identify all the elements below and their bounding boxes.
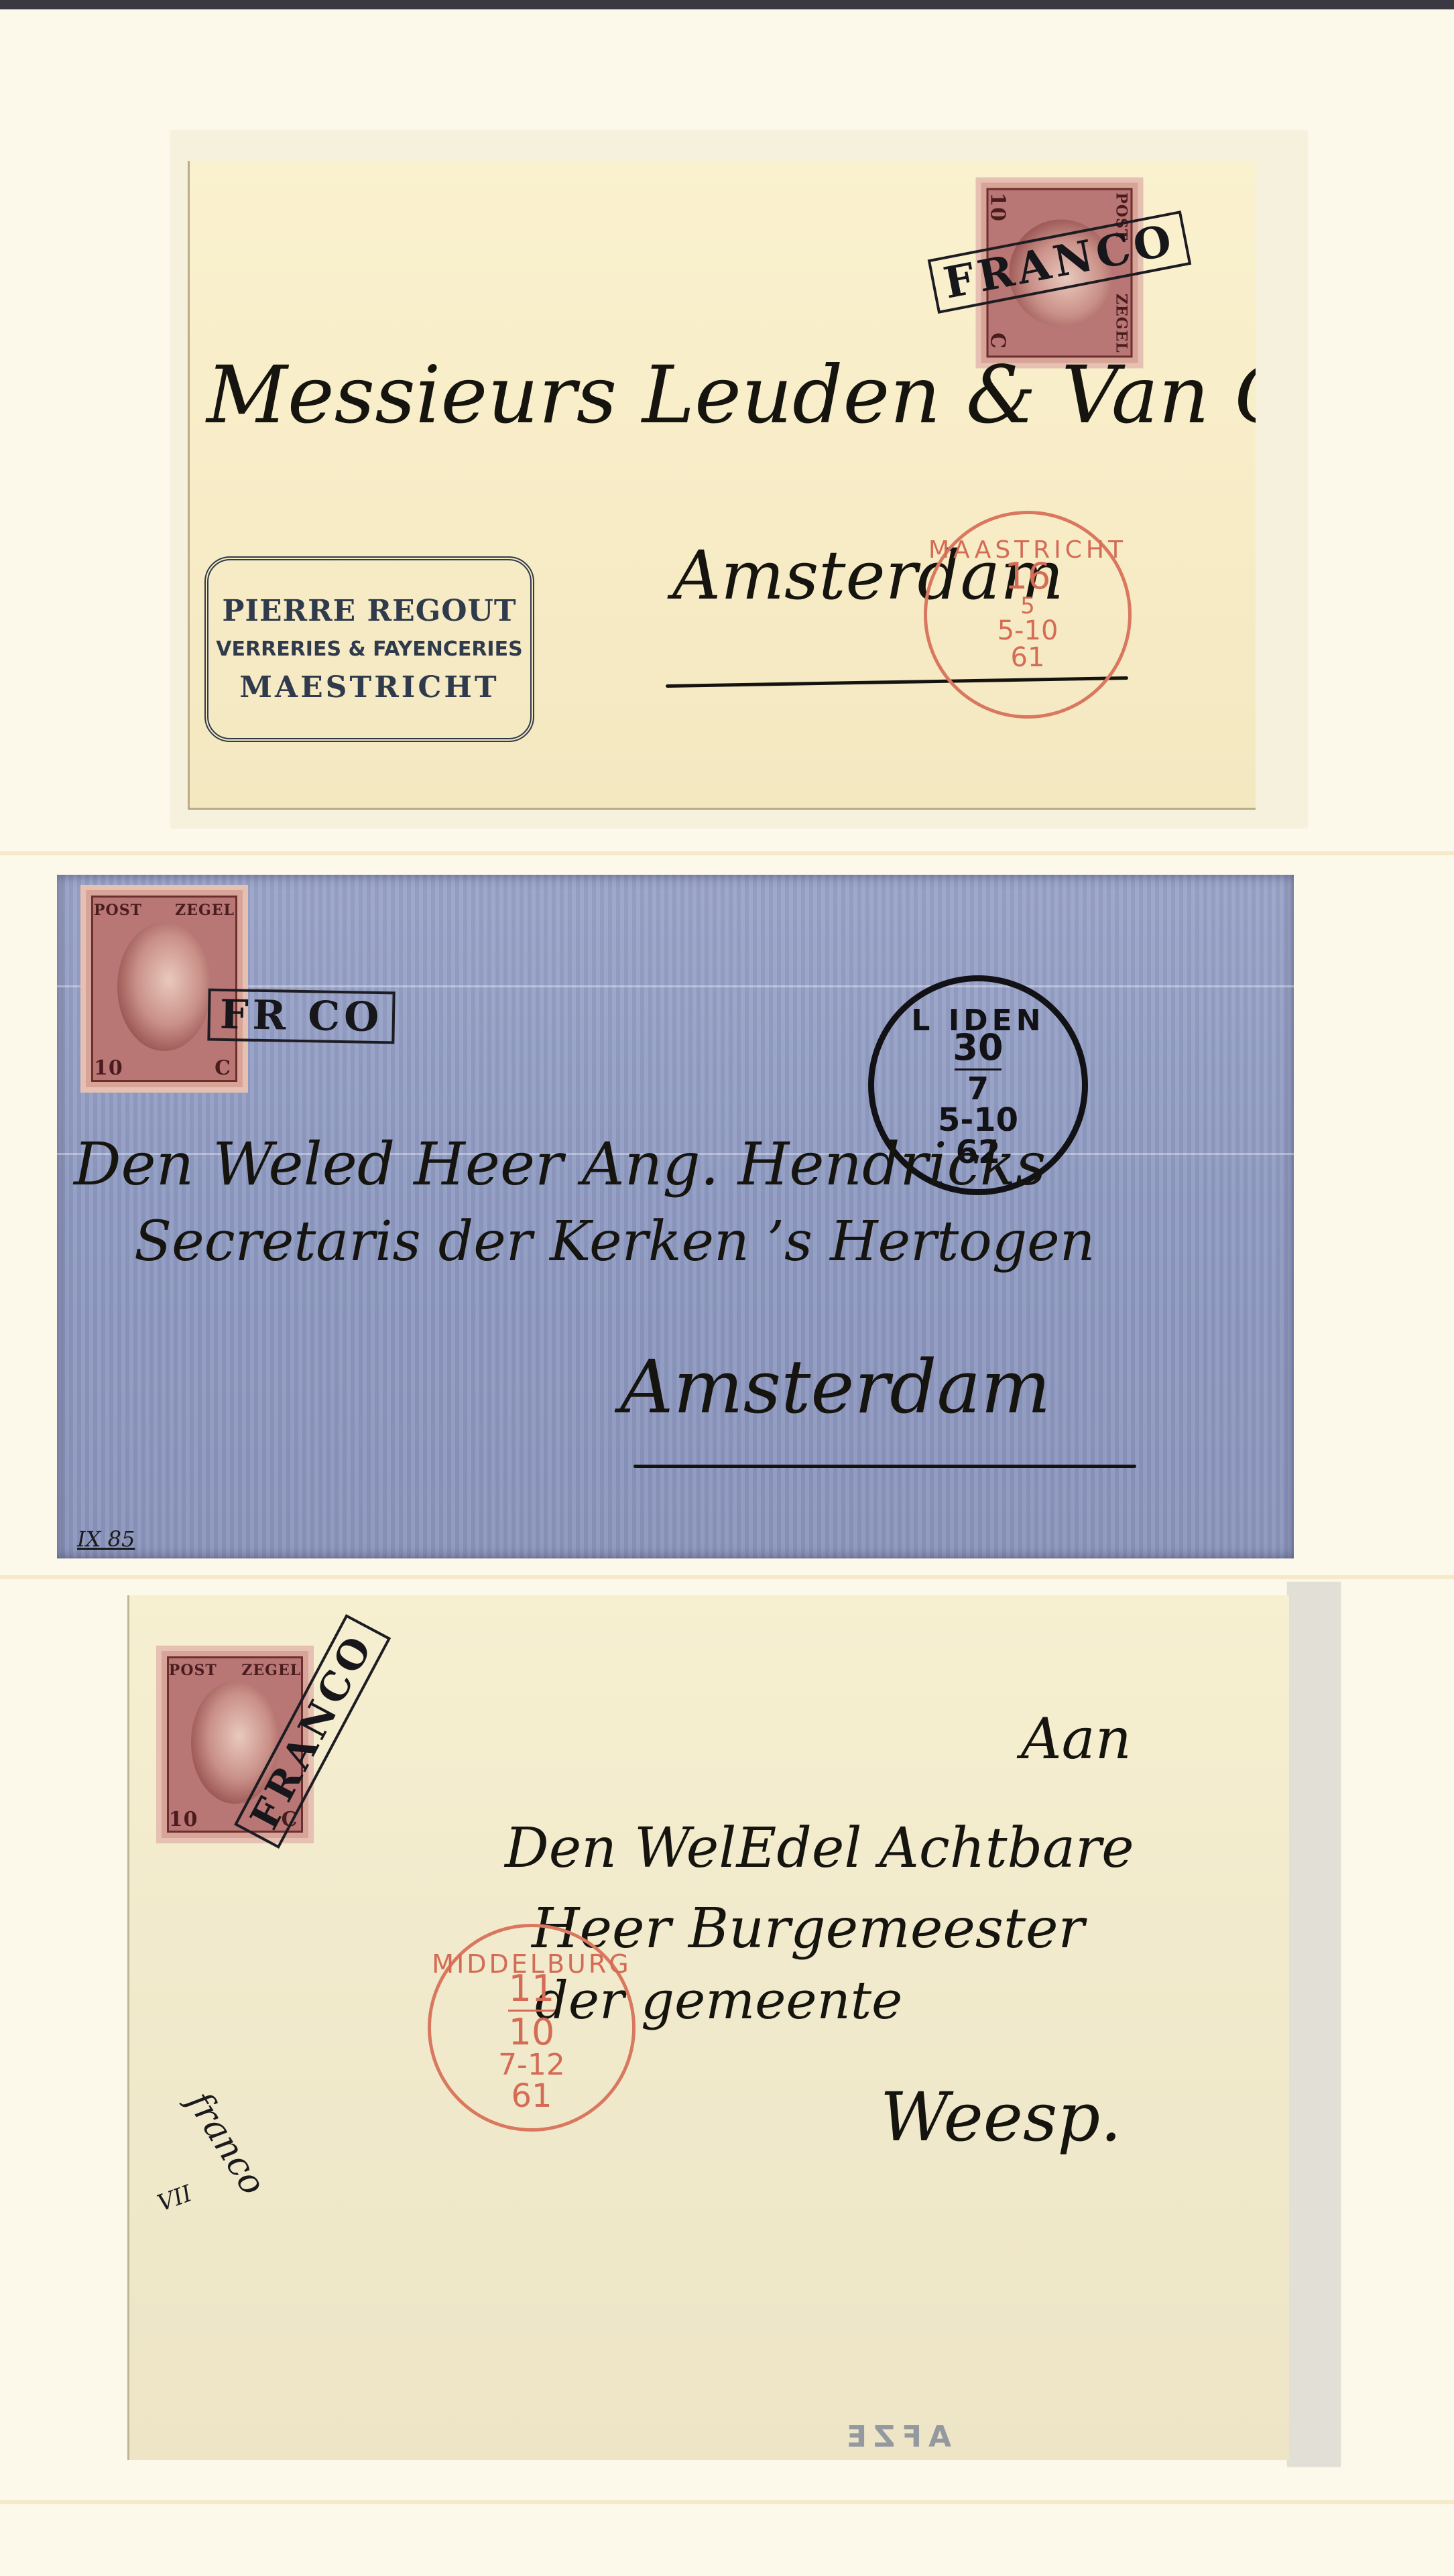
album-rule	[0, 2500, 1454, 2504]
cover-middelburg: POST ZEGEL 10 C FRANCO Aan Den WelEdel A…	[127, 1595, 1289, 2460]
address-line: Aan	[1021, 1706, 1132, 1772]
address-line: Secretaris der Kerken ’s Hertogen	[134, 1210, 1095, 1274]
album-rule	[0, 851, 1454, 855]
address-line: Den WelEdel Achtbare	[505, 1817, 1134, 1880]
manuscript-franco: franco	[179, 2085, 273, 2202]
postmark-maastricht: MAASTRICHT 16 5 5-10 61	[924, 511, 1132, 719]
address-line: Weesp.	[880, 2078, 1122, 2156]
cover-leiden: POST ZEGEL 10 C FR CO L IDEN 30 7 5-10 6…	[57, 875, 1294, 1558]
sender-cachet: PIERRE REGOUT VERRERIES & FAYENCERIES MA…	[204, 556, 534, 742]
franco-cancel: FR CO	[207, 989, 396, 1044]
reverse-print: AFZE	[840, 2420, 951, 2454]
underline-stroke	[633, 1465, 1136, 1468]
scanner-edge	[0, 0, 1454, 9]
cover-maastricht: POST ZEGEL 10 C FRANCO Messieurs Leuden …	[188, 161, 1256, 810]
album-rule	[0, 1575, 1454, 1579]
pencil-note: IX 85	[77, 1526, 135, 1552]
address-line: Den Weled Heer Ang. Hendricks	[74, 1129, 1046, 1199]
king-portrait	[117, 922, 211, 1051]
mount-strip	[1287, 1582, 1341, 2467]
postmark-middelburg: MIDDELBURG 11 10 7-12 61	[428, 1924, 635, 2132]
address-line: Messieurs Leuden & Van Geuns	[206, 349, 1256, 441]
pencil-note: VII	[154, 2180, 196, 2217]
address-line: Amsterdam	[620, 1344, 1050, 1430]
